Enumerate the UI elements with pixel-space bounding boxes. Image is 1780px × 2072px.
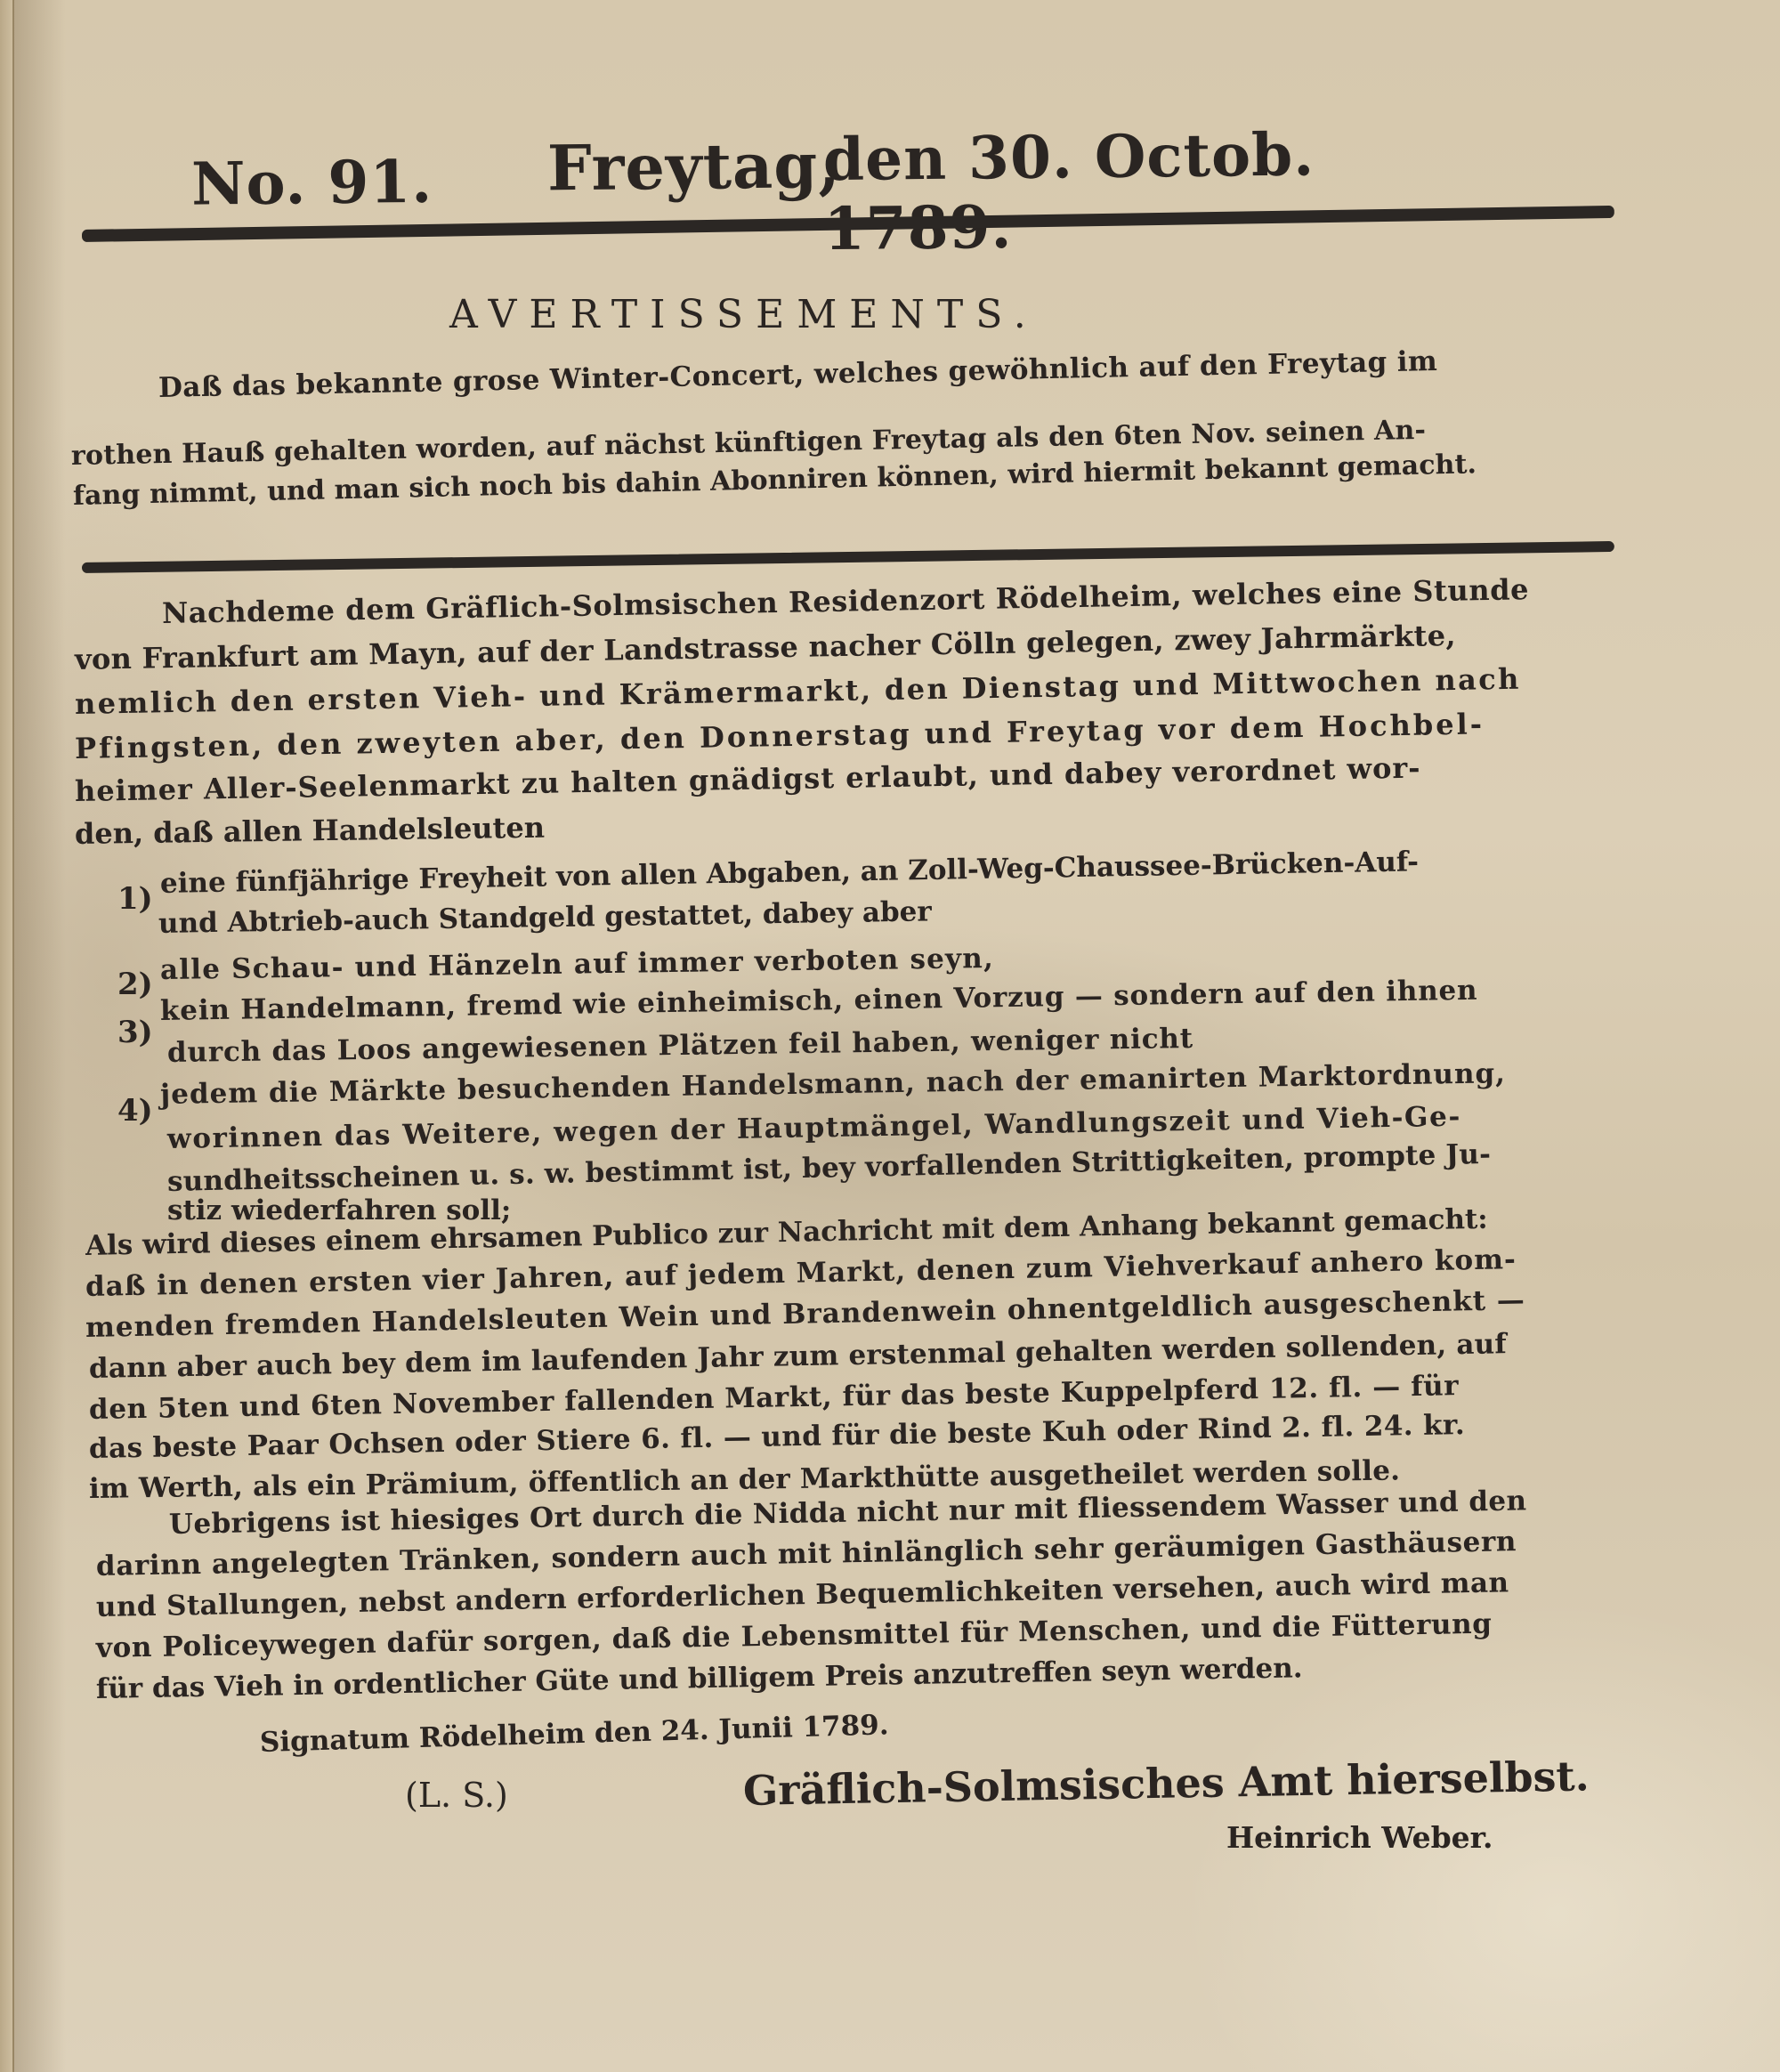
item-line: alle Schau- und Hänzeln auf immer verbot… (160, 943, 994, 986)
item-marker: 3) (117, 1015, 153, 1050)
masthead: No. 91. Freytag, den 30. Octob. 1789. (191, 117, 1483, 211)
issuing-office: Gräflich-Solmsisches Amt hierselbst. (743, 1752, 1590, 1815)
issue-date: den 30. Octob. 1789. (823, 117, 1484, 263)
issue-day: Freytag, (547, 128, 841, 205)
notice-line: Daß das bekannte grose Winter-Concert, w… (158, 345, 1438, 404)
item-line: eine fünfjährige Freyheit von allen Abga… (160, 846, 1420, 900)
signatory-name: Heinrich Weber. (1226, 1820, 1493, 1855)
newspaper-page: No. 91. Freytag, den 30. Octob. 1789. AV… (0, 0, 1780, 2072)
section-title: AVERTISSEMENTS. (449, 292, 1039, 337)
notice-line: den, daß allen Handelsleuten (75, 811, 545, 851)
item-line: stiz wiederfahren soll; (167, 1194, 511, 1226)
seal-mark: (L. S.) (405, 1776, 508, 1815)
issue-number: No. 91. (191, 147, 433, 219)
item-line: durch das Loos angewiesenen Plätzen feil… (167, 1023, 1193, 1069)
item-marker: 2) (117, 967, 153, 1002)
signed-date-line: Signatum Rödelheim den 24. Junii 1789. (259, 1709, 889, 1759)
section-rule (82, 541, 1614, 573)
gutter-shadow (12, 0, 66, 2072)
item-marker: 4) (117, 1093, 153, 1129)
item-marker: 1) (117, 881, 153, 917)
item-line: und Abtrieb-auch Standgeld gestattet, da… (158, 895, 932, 940)
